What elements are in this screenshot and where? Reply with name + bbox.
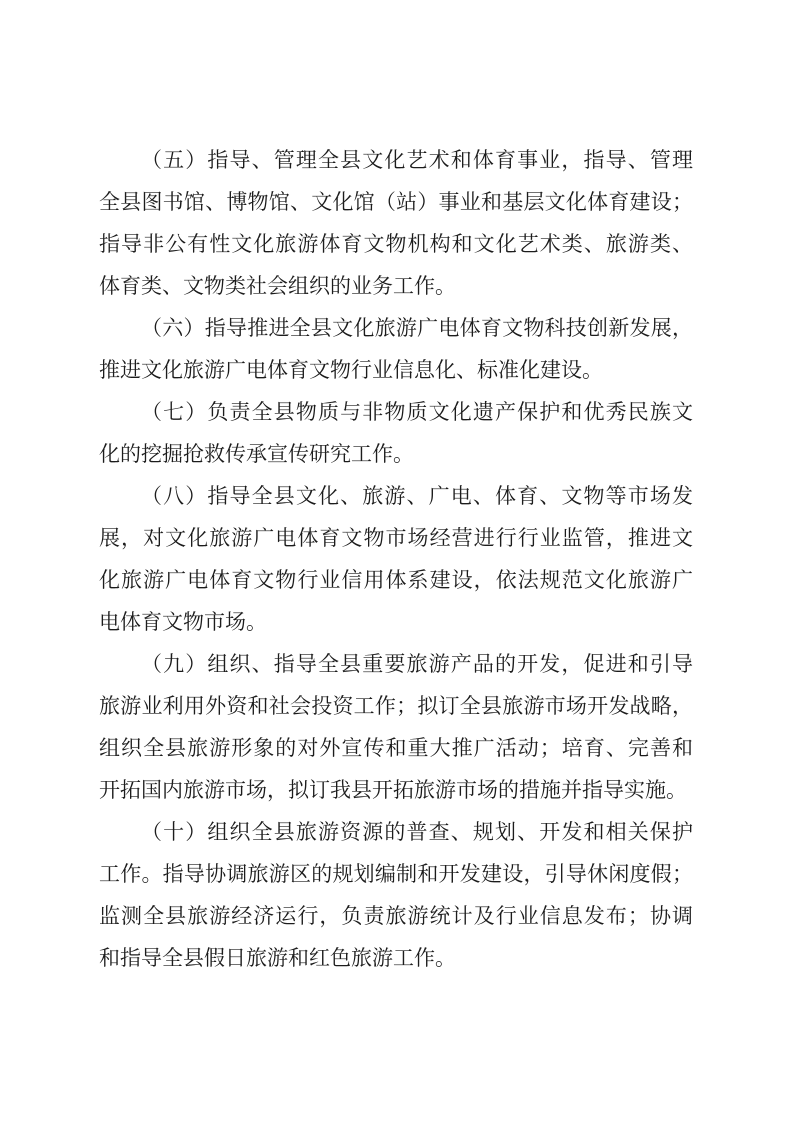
document-page: （五）指导、管理全县文化艺术和体育事业，指导、管理 全县图书馆、博物馆、文化馆（… — [0, 0, 793, 1122]
text-line: （八）指导全县文化、旅游、广电、体育、文物等市场发 — [99, 475, 693, 517]
text-line: 指导非公有性文化旅游体育文物机构和文化艺术类、旅游类、 — [99, 223, 693, 265]
text-line: 化的挖掘抢救传承宣传研究工作。 — [99, 433, 693, 475]
text-line: 工作。指导协调旅游区的规划编制和开发建设，引导休闲度假； — [99, 853, 693, 895]
text-line: 开拓国内旅游市场，拟订我县开拓旅游市场的措施并指导实施。 — [99, 769, 693, 811]
text-line: 组织全县旅游形象的对外宣传和重大推广活动；培育、完善和 — [99, 727, 693, 769]
text-line: （五）指导、管理全县文化艺术和体育事业，指导、管理 — [99, 139, 693, 181]
text-line: 和指导全县假日旅游和红色旅游工作。 — [99, 937, 693, 979]
text-line: 展，对文化旅游广电体育文物市场经营进行行业监管，推进文 — [99, 517, 693, 559]
text-line: （七）负责全县物质与非物质文化遗产保护和优秀民族文 — [99, 391, 693, 433]
paragraph-item-5: （五）指导、管理全县文化艺术和体育事业，指导、管理 全县图书馆、博物馆、文化馆（… — [99, 139, 693, 307]
text-line: 监测全县旅游经济运行，负责旅游统计及行业信息发布；协调 — [99, 895, 693, 937]
text-line: 旅游业利用外资和社会投资工作；拟订全县旅游市场开发战略， — [99, 685, 693, 727]
text-line: （六）指导推进全县文化旅游广电体育文物科技创新发展， — [99, 307, 693, 349]
paragraph-item-9: （九）组织、指导全县重要旅游产品的开发，促进和引导 旅游业利用外资和社会投资工作… — [99, 643, 693, 811]
paragraph-item-8: （八）指导全县文化、旅游、广电、体育、文物等市场发 展，对文化旅游广电体育文物市… — [99, 475, 693, 643]
text-line: 全县图书馆、博物馆、文化馆（站）事业和基层文化体育建设； — [99, 181, 693, 223]
text-line: 推进文化旅游广电体育文物行业信息化、标准化建设。 — [99, 349, 693, 391]
text-line: （九）组织、指导全县重要旅游产品的开发，促进和引导 — [99, 643, 693, 685]
paragraph-item-6: （六）指导推进全县文化旅游广电体育文物科技创新发展， 推进文化旅游广电体育文物行… — [99, 307, 693, 391]
text-line: 化旅游广电体育文物行业信用体系建设，依法规范文化旅游广 — [99, 559, 693, 601]
text-line: （十）组织全县旅游资源的普查、规划、开发和相关保护 — [99, 811, 693, 853]
text-line: 电体育文物市场。 — [99, 601, 693, 643]
paragraph-item-7: （七）负责全县物质与非物质文化遗产保护和优秀民族文 化的挖掘抢救传承宣传研究工作… — [99, 391, 693, 475]
document-text-block: （五）指导、管理全县文化艺术和体育事业，指导、管理 全县图书馆、博物馆、文化馆（… — [99, 139, 693, 979]
text-line: 体育类、文物类社会组织的业务工作。 — [99, 265, 693, 307]
paragraph-item-10: （十）组织全县旅游资源的普查、规划、开发和相关保护 工作。指导协调旅游区的规划编… — [99, 811, 693, 979]
